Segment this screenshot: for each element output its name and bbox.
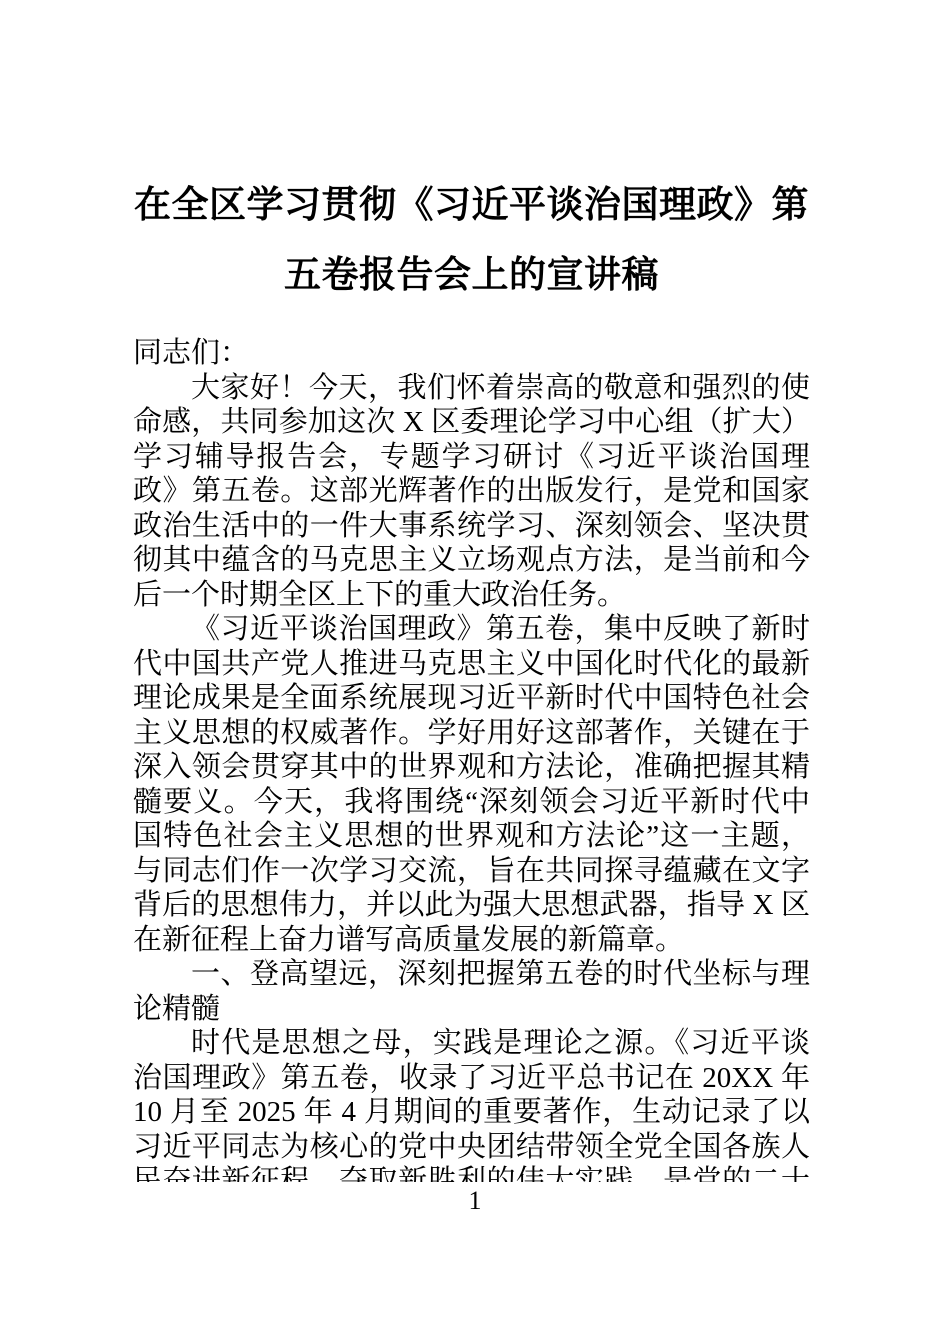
salutation: 同志们： [133,336,810,371]
document-title: 在全区学习贯彻《习近平谈治国理政》第 五卷报告会上的宣讲稿 [133,170,810,310]
document-title-line-1: 在全区学习贯彻《习近平谈治国理政》第 [133,170,810,240]
document-body: 同志们：大家好！今天，我们怀着崇高的敬意和强烈的使命感，共同参加这次 X 区委理… [133,336,810,1182]
paragraph: 时代是思想之母，实践是理论之源。《习近平谈治国理政》第五卷，收录了习近平总书记在… [133,1026,810,1182]
document-title-line-2: 五卷报告会上的宣讲稿 [133,240,810,310]
document-page: 在全区学习贯彻《习近平谈治国理政》第 五卷报告会上的宣讲稿 同志们：大家好！今天… [0,0,950,1344]
section-heading: 一、登高望远，深刻把握第五卷的时代坐标与理论精髓 [133,957,810,1026]
page-number: 1 [0,1184,950,1218]
paragraph: 《习近平谈治国理政》第五卷，集中反映了新时代中国共产党人推进马克思主义中国化时代… [133,612,810,957]
paragraph: 大家好！今天，我们怀着崇高的敬意和强烈的使命感，共同参加这次 X 区委理论学习中… [133,371,810,613]
